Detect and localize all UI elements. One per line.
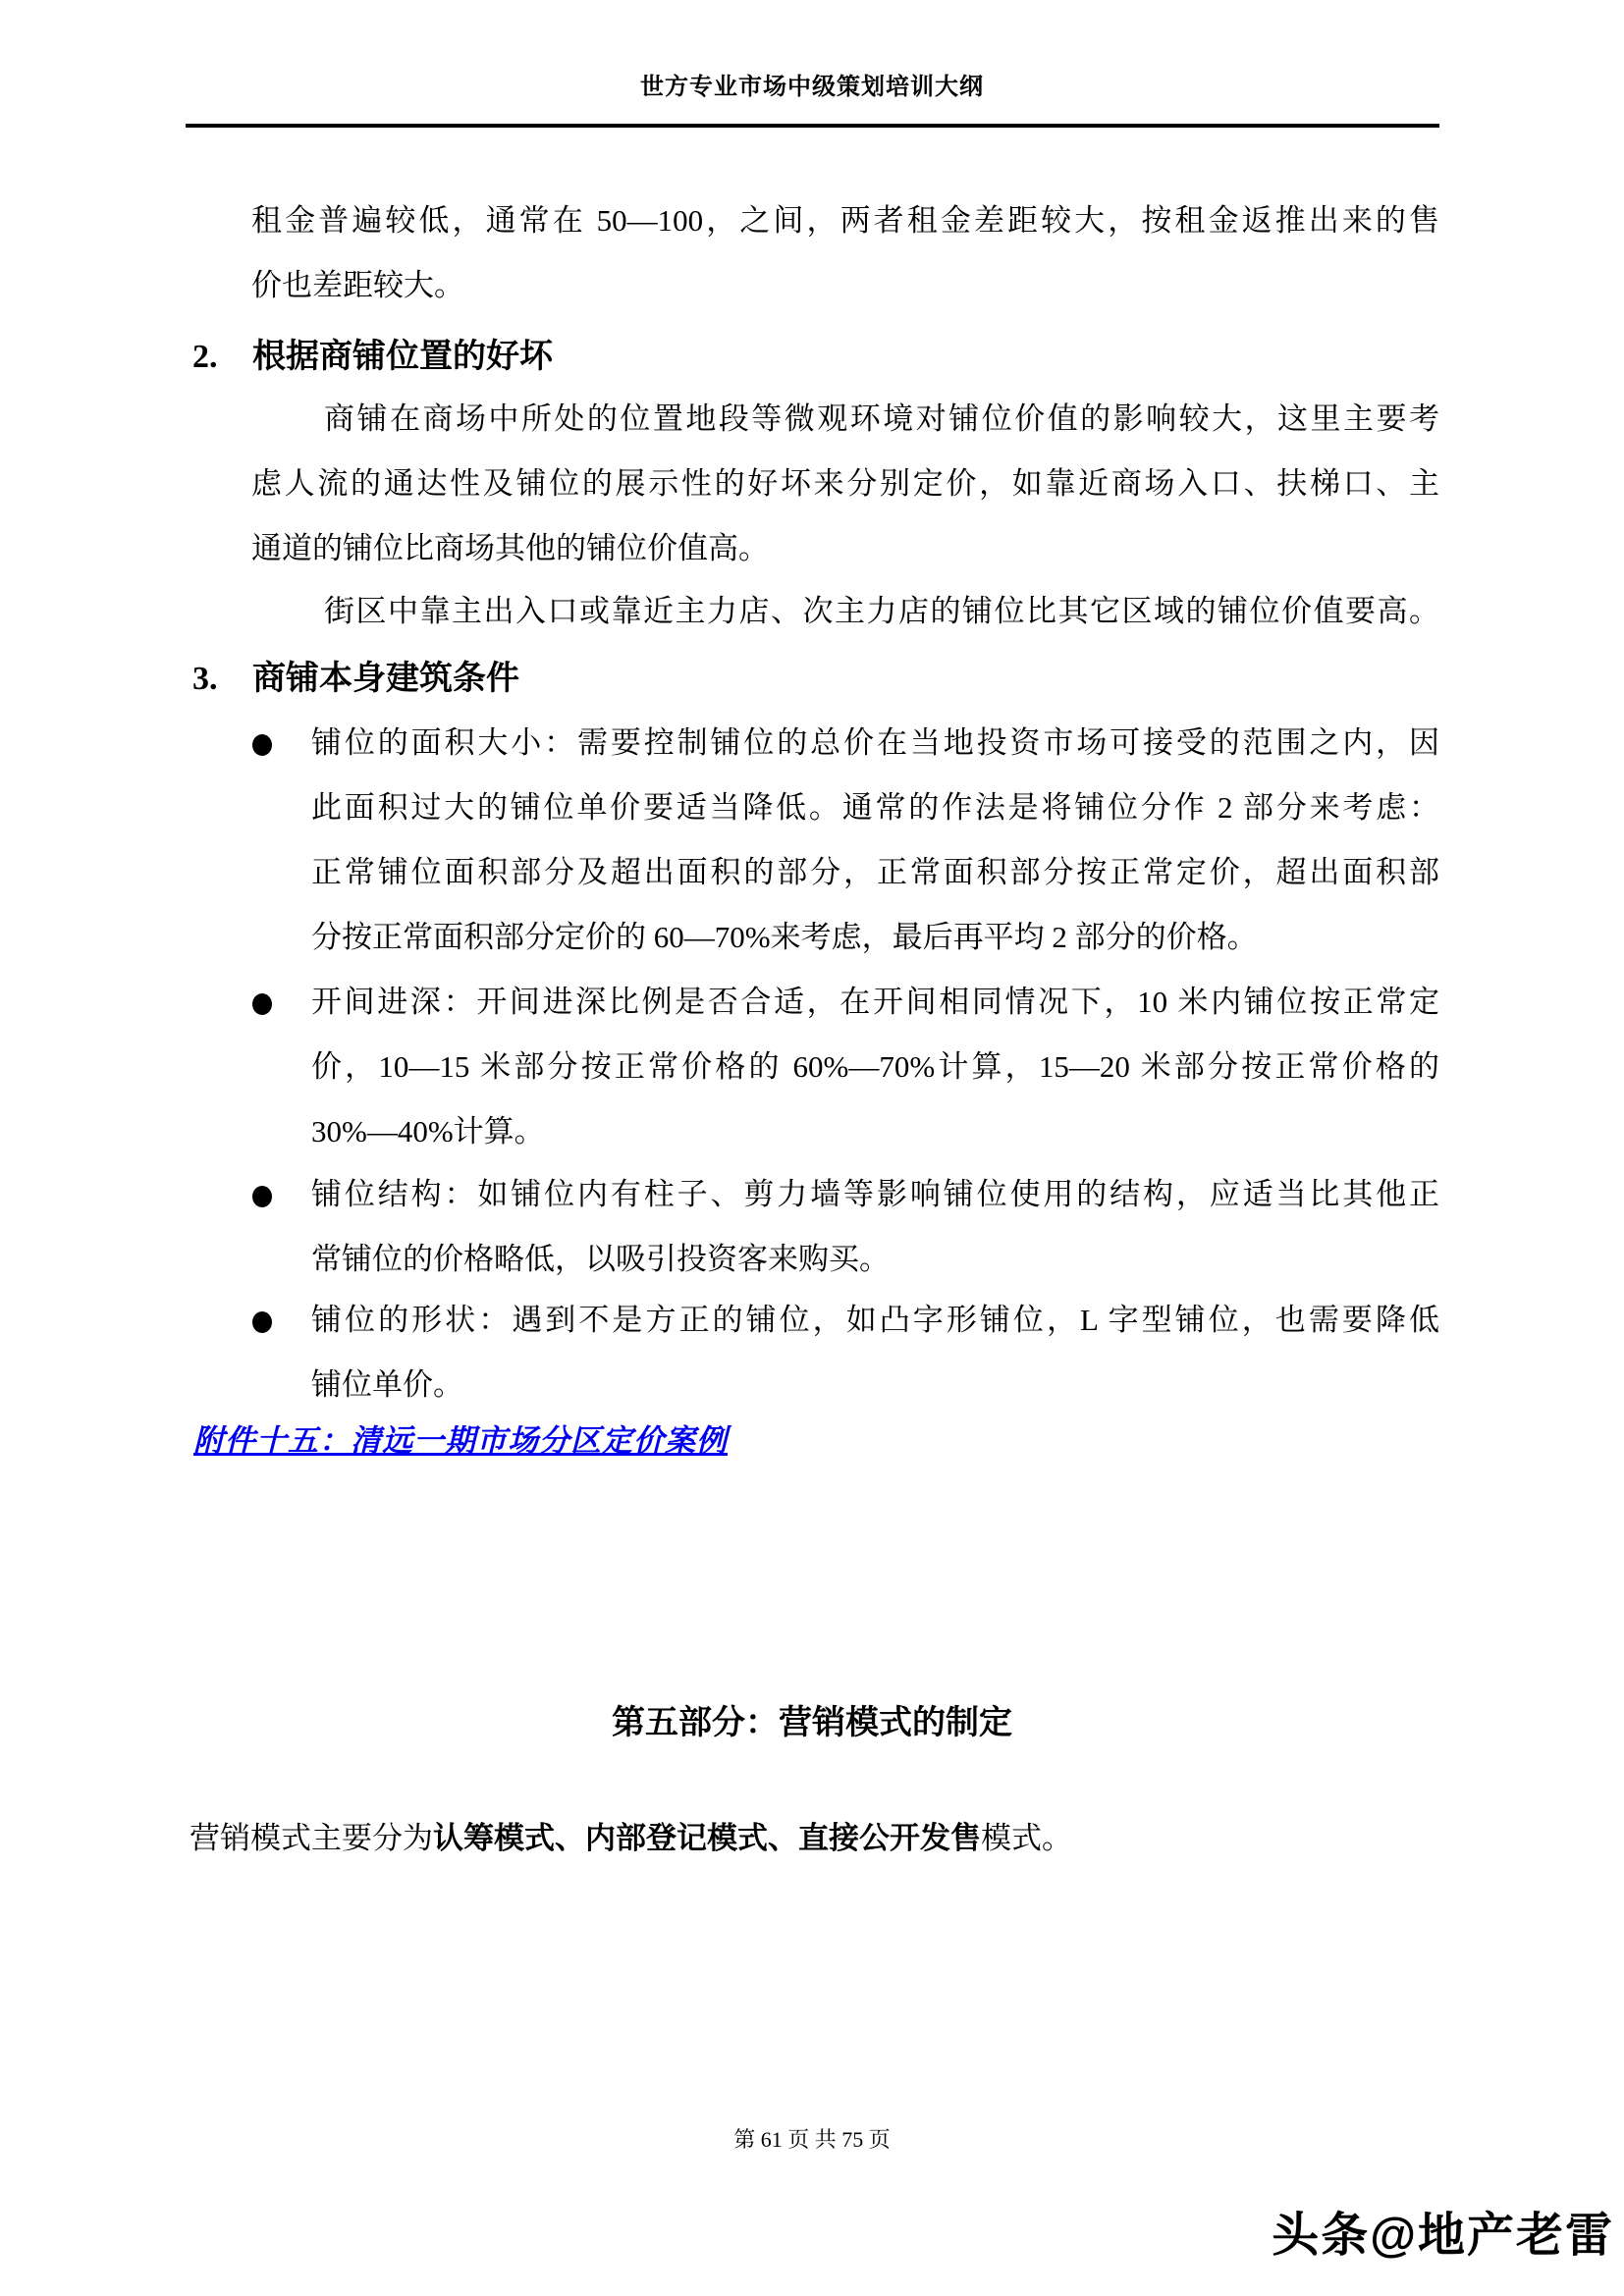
page-header-title: 世方专业市场中级策划培训大纲: [0, 71, 1624, 104]
section-number: 3.: [192, 647, 252, 712]
document-page: 世方专业市场中级策划培训大纲 租金普遍较低，通常在 50—100，之间，两者租金…: [0, 0, 1624, 2296]
bullet-item-shape: 铺位的形状：遇到不是方正的铺位，如凸字形铺位，L 字型铺位，也需要降低 铺位单价…: [311, 1288, 1439, 1417]
text-line: 铺位的形状：遇到不是方正的铺位，如凸字形铺位，L 字型铺位，也需要降低: [311, 1288, 1439, 1353]
text-line: 常铺位的价格略低，以吸引投资客来购买。: [311, 1227, 1439, 1292]
text-line: 价，10—15 米部分按正常价格的 60%—70%计算，15—20 米部分按正常…: [311, 1035, 1439, 1099]
text-line: 铺位单价。: [311, 1353, 1439, 1417]
section-3-heading: 3.商铺本身建筑条件: [192, 646, 519, 711]
section-title: 商铺本身建筑条件: [252, 660, 519, 697]
text-line: 铺位的面积大小：需要控制铺位的总价在当地投资市场可接受的范围之内，因: [311, 711, 1439, 775]
text-line: 租金普遍较低，通常在 50—100，之间，两者租金差距较大，按租金返推出来的售: [251, 188, 1439, 253]
paragraph-location: 商铺在商场中所处的位置地段等微观环境对铺位价值的影响较大，这里主要考 虑人流的通…: [251, 387, 1439, 581]
text-line: 价也差距较大。: [251, 253, 1439, 318]
text-line: 虑人流的通达性及铺位的展示性的好坏来分别定价，如靠近商场入口、扶梯口、主: [251, 452, 1439, 516]
attachment-link[interactable]: 附件十五：清远一期市场分区定价案例: [193, 1415, 728, 1467]
bullet-icon: [252, 1311, 272, 1333]
text-line: 开间进深：开间进深比例是否合适，在开间相同情况下，10 米内铺位按正常定: [311, 970, 1439, 1035]
text-line: 通道的铺位比商场其他的铺位价值高。: [251, 516, 1439, 581]
bullet-icon: [252, 1186, 272, 1207]
section-title: 根据商铺位置的好坏: [252, 338, 553, 375]
marketing-prefix: 营销模式主要分为: [189, 1821, 433, 1855]
text-line: 正常铺位面积部分及超出面积的部分，正常面积部分按正常定价，超出面积部: [311, 840, 1439, 905]
text-line: 此面积过大的铺位单价要适当降低。通常的作法是将铺位分作 2 部分来考虑：: [311, 775, 1439, 840]
page-footer: 第 61 页 共 75 页: [0, 2120, 1624, 2160]
bullet-icon: [252, 734, 272, 756]
section-2-heading: 2.根据商铺位置的好坏: [192, 324, 553, 389]
marketing-suffix: 模式。: [981, 1821, 1072, 1855]
bullet-item-structure: 铺位结构：如铺位内有柱子、剪力墙等影响铺位使用的结构，应适当比其他正 常铺位的价…: [311, 1162, 1439, 1292]
header-rule: [186, 124, 1439, 128]
bullet-item-area: 铺位的面积大小：需要控制铺位的总价在当地投资市场可接受的范围之内，因 此面积过大…: [311, 711, 1439, 970]
part5-heading: 第五部分：营销模式的制定: [0, 1690, 1624, 1755]
bullet-item-depth: 开间进深：开间进深比例是否合适，在开间相同情况下，10 米内铺位按正常定 价，1…: [311, 970, 1439, 1164]
text-line: 铺位结构：如铺位内有柱子、剪力墙等影响铺位使用的结构，应适当比其他正: [311, 1162, 1439, 1227]
text-line: 分按正常面积部分定价的 60—70%来考虑，最后再平均 2 部分的价格。: [311, 905, 1439, 970]
text-line: 30%—40%计算。: [311, 1099, 1439, 1164]
bullet-icon: [252, 993, 272, 1015]
paragraph-rent: 租金普遍较低，通常在 50—100，之间，两者租金差距较大，按租金返推出来的售 …: [251, 188, 1439, 318]
section-number: 2.: [192, 325, 252, 390]
paragraph-street: 街区中靠主出入口或靠近主力店、次主力店的铺位比其它区域的铺位价值要高。: [251, 579, 1439, 644]
watermark: 头条@地产老雷: [1272, 2205, 1614, 2268]
text-line: 街区中靠主出入口或靠近主力店、次主力店的铺位比其它区域的铺位价值要高。: [251, 579, 1439, 644]
text-line: 商铺在商场中所处的位置地段等微观环境对铺位价值的影响较大，这里主要考: [251, 387, 1439, 452]
marketing-bold-models: 认筹模式、内部登记模式、直接公开发售: [433, 1821, 981, 1855]
marketing-paragraph: 营销模式主要分为认筹模式、内部登记模式、直接公开发售模式。: [189, 1806, 1446, 1871]
